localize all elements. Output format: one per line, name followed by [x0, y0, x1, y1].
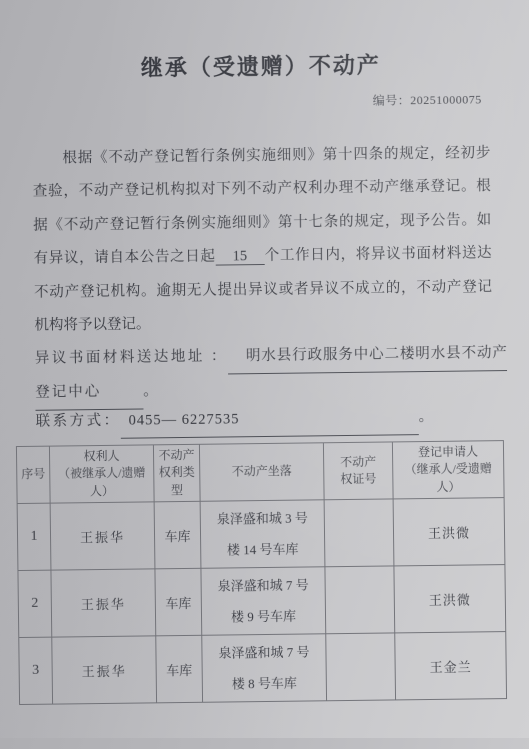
- cell-location: 泉泽盛和城 7 号 楼 9 号车库: [201, 567, 326, 636]
- cell-rightholder: 王振华: [52, 636, 157, 704]
- paragraph-line-4-after: 个工作日内，将异议书面材料送达: [264, 245, 492, 264]
- cell-location: 泉泽盛和城 7 号 楼 8 号车库: [202, 634, 327, 703]
- contact-value: 0455— 6227535: [120, 400, 418, 439]
- cell-seq: 3: [19, 637, 53, 704]
- paragraph-line-1: 根据《不动产登记暂行条例实施细则》第十四条的规定，经初步: [32, 137, 490, 176]
- document-sheet: 继承（受遗赠）不动产 编号：20251000075 根据《不动产登记暂行条例实施…: [0, 0, 529, 738]
- header-cell-cert-no: 不动产 权证号: [323, 442, 393, 500]
- cell-right-type: 车库: [155, 568, 202, 636]
- cell-seq: 2: [18, 570, 52, 637]
- header-cell-rightholder: 权利人 （被继承人/遗赠 人）: [49, 445, 154, 503]
- objection-days-value: 15: [216, 248, 265, 266]
- doc-number-label: 编号：: [373, 93, 411, 107]
- page-title: 继承（受遗赠）不动产: [0, 47, 529, 85]
- cell-right-type: 车库: [156, 635, 203, 703]
- header-cell-right-type: 不动产 权利类 型: [153, 444, 200, 502]
- table-header-row: 序号 权利人 （被继承人/遗赠 人） 不动产 权利类 型 不动产坐落 不动产 权…: [16, 441, 504, 504]
- contact-period: 。: [418, 400, 433, 434]
- cell-applicant: 王洪微: [393, 498, 505, 566]
- cell-applicant: 王洪微: [394, 565, 506, 633]
- header-cell-seq: 序号: [16, 446, 50, 504]
- announcement-table: 序号 权利人 （被继承人/遗赠 人） 不动产 权利类 型 不动产坐落 不动产 权…: [16, 440, 507, 705]
- cell-rightholder: 王振华: [51, 569, 156, 637]
- paragraph-line-4-before: 有异议，请自本公告之日起: [34, 249, 216, 267]
- address-value: 明水县行政服务中心二楼明水县不动产: [228, 336, 507, 374]
- paragraph-line-5: 不动产登记机构。逾期无人提出异议或者异议不成立的，不动产登记: [34, 271, 492, 310]
- paragraph-line-2: 查验，不动产登记机构拟对下列不动产权利办理不动产继承登记。根: [33, 171, 491, 210]
- address-label: 异议书面材料送达地址 ：: [35, 339, 229, 375]
- table-row: 1 王振华 车库 泉泽盛和城 3 号 楼 14 号车库 王洪微: [17, 498, 505, 571]
- address-line: 异议书面材料送达地址 ： 明水县行政服务中心二楼明水县不动产: [35, 336, 507, 376]
- paragraph-line-3: 据《不动产登记暂行条例实施细则》第十七条的规定，现予公告。如: [33, 204, 491, 243]
- notice-paragraph: 根据《不动产登记暂行条例实施细则》第十四条的规定，经初步 查验，不动产登记机构拟…: [32, 137, 492, 343]
- cell-right-type: 车库: [154, 501, 201, 569]
- cell-location: 泉泽盛和城 3 号 楼 14 号车库: [200, 500, 325, 569]
- contact-label: 联系方式：: [35, 404, 120, 439]
- header-cell-applicant: 登记申请人 （继承人/受遗赠 人）: [392, 441, 504, 500]
- doc-number-value: 20251000075: [410, 92, 482, 107]
- table-row: 2 王振华 车库 泉泽盛和城 7 号 楼 9 号车库 王洪微: [18, 565, 506, 638]
- header-cell-location: 不动产坐落: [199, 443, 324, 502]
- cell-rightholder: 王振华: [50, 502, 155, 570]
- cell-cert-no: [325, 566, 395, 634]
- paragraph-line-4: 有异议，请自本公告之日起15个工作日内，将异议书面材料送达: [33, 237, 491, 276]
- doc-number: 编号：20251000075: [373, 90, 482, 108]
- contact-line: 联系方式： 0455— 6227535 。: [35, 399, 507, 439]
- cell-cert-no: [324, 499, 394, 567]
- table-row: 3 王振华 车库 泉泽盛和城 7 号 楼 8 号车库 王金兰: [19, 632, 507, 705]
- cell-seq: 1: [17, 503, 51, 570]
- cell-applicant: 王金兰: [395, 632, 507, 700]
- cell-cert-no: [326, 633, 396, 701]
